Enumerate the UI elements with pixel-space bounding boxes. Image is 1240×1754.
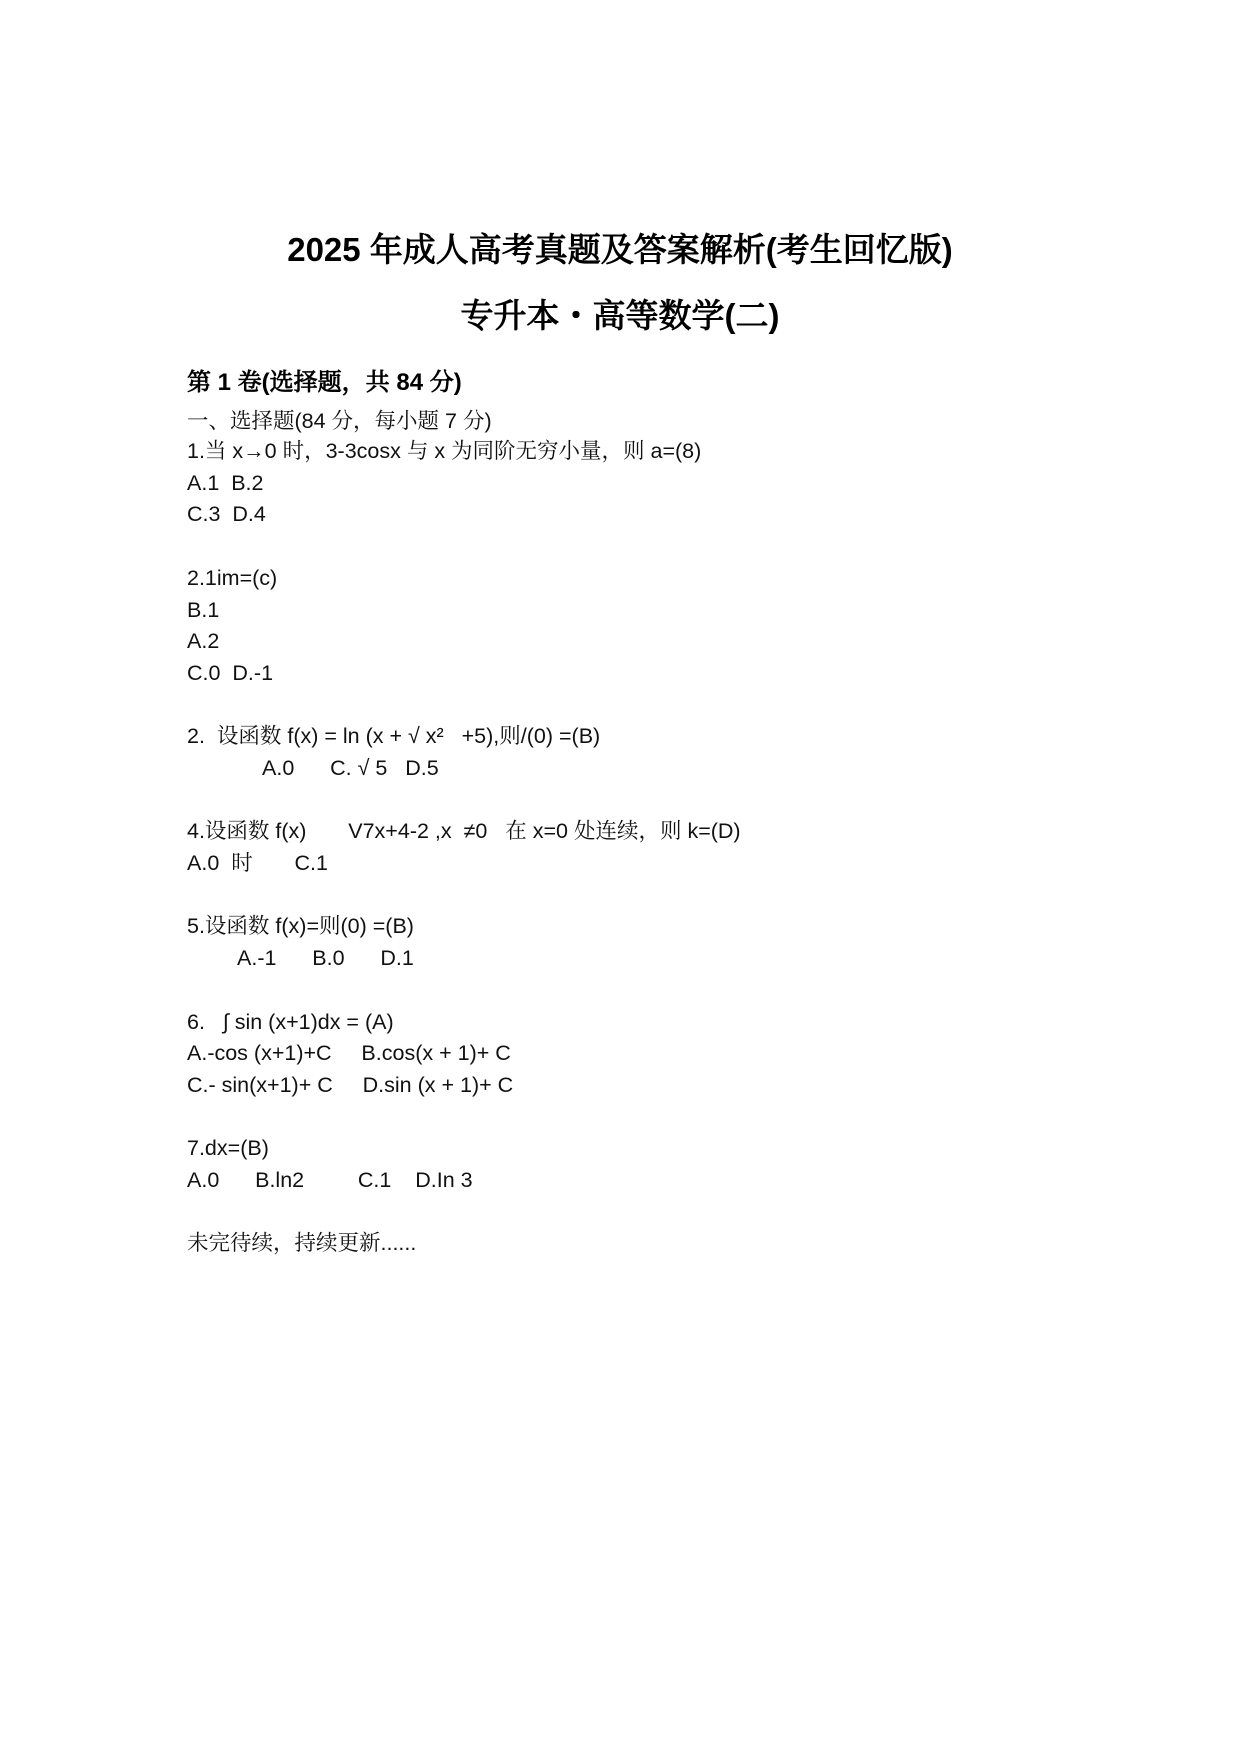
question-6-stem: 6. ∫ sin (x+1)dx = (A)	[187, 1009, 394, 1035]
question-4-options: A.0 时 C.1	[187, 850, 328, 876]
question-6-options-row-1: A.-cos (x+1)+C B.cos(x + 1)+ C	[187, 1040, 511, 1066]
question-2-option-b: B.1	[187, 597, 219, 623]
question-3-stem: 2. 设函数 f(x) = ln (x + √ x² +5),则/(0) =(B…	[187, 723, 600, 749]
question-1-options-row-2: C.3 D.4	[187, 501, 266, 527]
question-7-options: A.0 B.ln2 C.1 D.In 3	[187, 1167, 473, 1193]
question-1-options-row-1: A.1 B.2	[187, 470, 264, 496]
document-subtitle: 专升本・高等数学(二)	[0, 290, 1240, 337]
question-5-stem: 5.设函数 f(x)=则(0) =(B)	[187, 913, 414, 939]
question-4-stem: 4.设函数 f(x) V7x+4-2 ,x ≠0 在 x=0 处连续，则 k=(…	[187, 818, 741, 844]
question-2-stem: 2.1im=(c)	[187, 565, 277, 591]
question-1-stem: 1.当 x→0 时，3-3cosx 与 x 为同阶无穷小量，则 a=(8)	[187, 438, 701, 464]
document-page: 2025 年成人高考真题及答案解析(考生回忆版) 专升本・高等数学(二) 第 1…	[0, 0, 1240, 1754]
to-be-continued-note: 未完待续，持续更新......	[187, 1230, 416, 1256]
question-6-options-row-2: C.- sin(x+1)+ C D.sin (x + 1)+ C	[187, 1072, 513, 1098]
question-5-options: A.-1 B.0 D.1	[237, 945, 414, 971]
section-heading: 第 1 卷(选择题，共 84 分)	[187, 362, 462, 397]
document-title: 2025 年成人高考真题及答案解析(考生回忆版)	[0, 224, 1240, 271]
question-2-options-cd: C.0 D.-1	[187, 660, 273, 686]
question-3-options: A.0 C. √ 5 D.5	[262, 755, 439, 781]
question-2-option-a: A.2	[187, 628, 219, 654]
question-7-stem: 7.dx=(B)	[187, 1135, 269, 1161]
part-heading: 一、选择题(84 分，每小题 7 分)	[187, 408, 492, 434]
